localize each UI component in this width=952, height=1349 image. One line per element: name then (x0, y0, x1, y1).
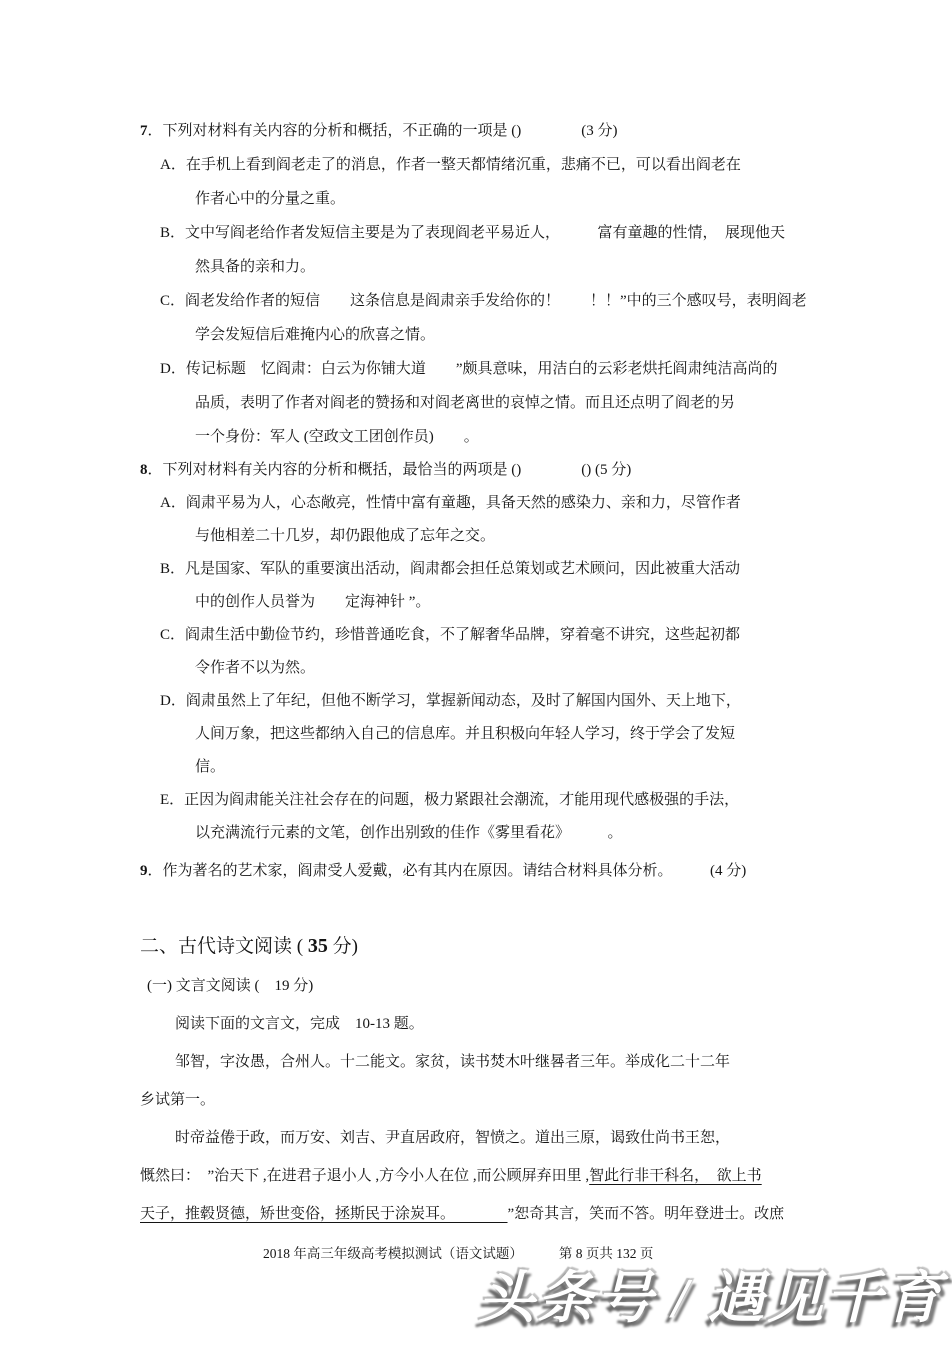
q8-option-c-line1: C．阎肃生活中勤俭节约，珍惜普通吃食，不了解奢华品牌，穿着毫不讲究，这些起初都 (160, 619, 930, 652)
question-8-stem-text: ．下列对材料有关内容的分析和概括，最恰当的两项是 () () (5 分) (148, 462, 632, 478)
q7-option-b-line1: B．文中写阎老给作者发短信主要是为了表现阎老平易近人， 富有童趣的性情， 展现他… (160, 216, 930, 250)
footer-page-number: 第 8 页共 132 页 (559, 1244, 654, 1264)
section-2-title-suffix: 分) (328, 936, 358, 957)
footer-exam-title: 2018 年高三年级高考模拟测试（语文试题） (263, 1244, 523, 1264)
question-8: 8．下列对材料有关内容的分析和概括，最恰当的两项是 () () (5 分) A．… (140, 454, 930, 850)
section-2-title-prefix: 二、古代诗文阅读 ( (140, 936, 308, 957)
q7-option-b-line2: 然具备的亲和力。 (195, 250, 930, 284)
q7-option-a-line2: 作者心中的分量之重。 (195, 182, 930, 216)
reading-instruction: 阅读下面的文言文，完成 10-13 题。 (175, 1005, 930, 1043)
question-9: 9．作为著名的艺术家，阎肃受人爱戴，必有其内在原因。请结合材料具体分析。 (4 … (140, 854, 930, 888)
section-2-score: 35 (308, 935, 328, 957)
question-9-stem: 9．作为著名的艺术家，阎肃受人爱戴，必有其内在原因。请结合材料具体分析。 (4 … (140, 854, 930, 888)
passage-p2-line3-normal: ”恕奇其言，笑而不答。明年登进士。改庶 (508, 1206, 785, 1222)
q8-option-b-line2: 中的创作人员誉为 定海神针 ”。 (195, 586, 930, 619)
q7-option-d-line1: D．传记标题 忆阎肃：白云为你铺大道 ”颇具意味，用洁白的云彩老烘托阎肃纯洁高尚… (160, 352, 930, 386)
q8-option-c-line2: 令作者不以为然。 (195, 652, 930, 685)
q7-option-d-line2: 品质，表明了作者对阎老的赞扬和对阎老离世的哀悼之情。而且还点明了阎老的另 (195, 386, 930, 420)
question-7-stem-text: ．下列对材料有关内容的分析和概括，不正确的一项是 () (3 分) (148, 123, 618, 139)
q8-option-d-line1: D．阎肃虽然上了年纪，但他不断学习，掌握新闻动态，及时了解国内国外、天上地下， (160, 685, 930, 718)
section-2-title: 二、古代诗文阅读 ( 35 分) (140, 926, 930, 967)
question-8-stem: 8．下列对材料有关内容的分析和概括，最恰当的两项是 () () (5 分) (140, 454, 930, 487)
page-content: 7．下列对材料有关内容的分析和概括，不正确的一项是 () (3 分) A．在手机… (140, 114, 930, 1233)
q7-option-c-line1: C．阎老发给作者的短信 这条信息是阎肃亲手发给你的！ ！！”中的三个感叹号，表明… (160, 284, 930, 318)
passage-p2-line2-normal: 慨然曰： ”治天下 ,在进君子退小人 ,方今小人在位 ,而公顾屏弃田里 , (140, 1168, 589, 1184)
question-7-number: 7 (140, 123, 148, 139)
q8-option-b-line1: B．凡是国家、军队的重要演出活动，阎肃都会担任总策划或艺术顾问，因此被重大活动 (160, 553, 930, 586)
question-9-number: 9 (140, 863, 148, 879)
q8-option-d-line2: 人间万象，把这些都纳入自己的信息库。并且积极向年轻人学习，终于学会了发短 (195, 718, 930, 751)
question-9-text: ．作为著名的艺术家，阎肃受人爱戴，必有其内在原因。请结合材料具体分析。 (4 分… (148, 863, 747, 879)
passage-p2-line2-underlined: 智此行非干科名， 欲上书 (589, 1168, 762, 1184)
watermark-text: 头条号 / 遇见千育 (478, 1266, 944, 1333)
q8-option-e-line2: 以充满流行元素的文笔，创作出别致的佳作《雾里看花》 。 (195, 817, 930, 850)
q8-option-a-line1: A．阎肃平易为人，心态敞亮，性情中富有童趣，具备天然的感染力、亲和力，尽管作者 (160, 487, 930, 520)
q8-option-e-line1: E．正因为阎肃能关注社会存在的问题，极力紧跟社会潮流，才能用现代感极强的手法， (160, 784, 930, 817)
question-8-number: 8 (140, 462, 148, 478)
passage-p1-line1: 邹智，字汝愚，合州人。十二能文。家贫，读书焚木叶继晷者三年。举成化二十二年 (175, 1043, 930, 1081)
classical-reading-block: (一) 文言文阅读 ( 19 分) 阅读下面的文言文，完成 10-13 题。 邹… (140, 967, 930, 1233)
passage-p2-line3: 天子，推毂贤德，矫世变俗，拯斯民于涂炭耳。 ”恕奇其言，笑而不答。明年登进士。改… (140, 1195, 930, 1233)
passage-p2-line1: 时帝益倦于政，而万安、刘吉、尹直居政府，智愤之。道出三原，谒致仕尚书王恕， (175, 1119, 930, 1157)
exam-page: 7．下列对材料有关内容的分析和概括，不正确的一项是 () (3 分) A．在手机… (0, 0, 952, 1349)
subsection-title: (一) 文言文阅读 ( 19 分) (147, 967, 930, 1005)
q7-option-c-line2: 学会发短信后难掩内心的欣喜之情。 (195, 318, 930, 352)
passage-p2-line3-underlined: 天子，推毂贤德，矫世变俗，拯斯民于涂炭耳。 (140, 1206, 508, 1222)
q7-option-d-line3: 一个身份：军人 (空政文工团创作员) 。 (195, 420, 930, 454)
passage-p2-line2: 慨然曰： ”治天下 ,在进君子退小人 ,方今小人在位 ,而公顾屏弃田里 ,智此行… (140, 1157, 930, 1195)
page-footer: 2018 年高三年级高考模拟测试（语文试题） 第 8 页共 132 页 (263, 1244, 653, 1264)
q8-option-a-line2: 与他相差二十几岁，却仍跟他成了忘年之交。 (195, 520, 930, 553)
q8-option-d-line3: 信。 (195, 751, 930, 784)
q7-option-a-line1: A．在手机上看到阎老走了的消息，作者一整天都情绪沉重，悲痛不已，可以看出阎老在 (160, 148, 930, 182)
question-7-stem: 7．下列对材料有关内容的分析和概括，不正确的一项是 () (3 分) (140, 114, 930, 148)
passage-p1-line2: 乡试第一。 (140, 1081, 930, 1119)
question-7: 7．下列对材料有关内容的分析和概括，不正确的一项是 () (3 分) A．在手机… (140, 114, 930, 454)
